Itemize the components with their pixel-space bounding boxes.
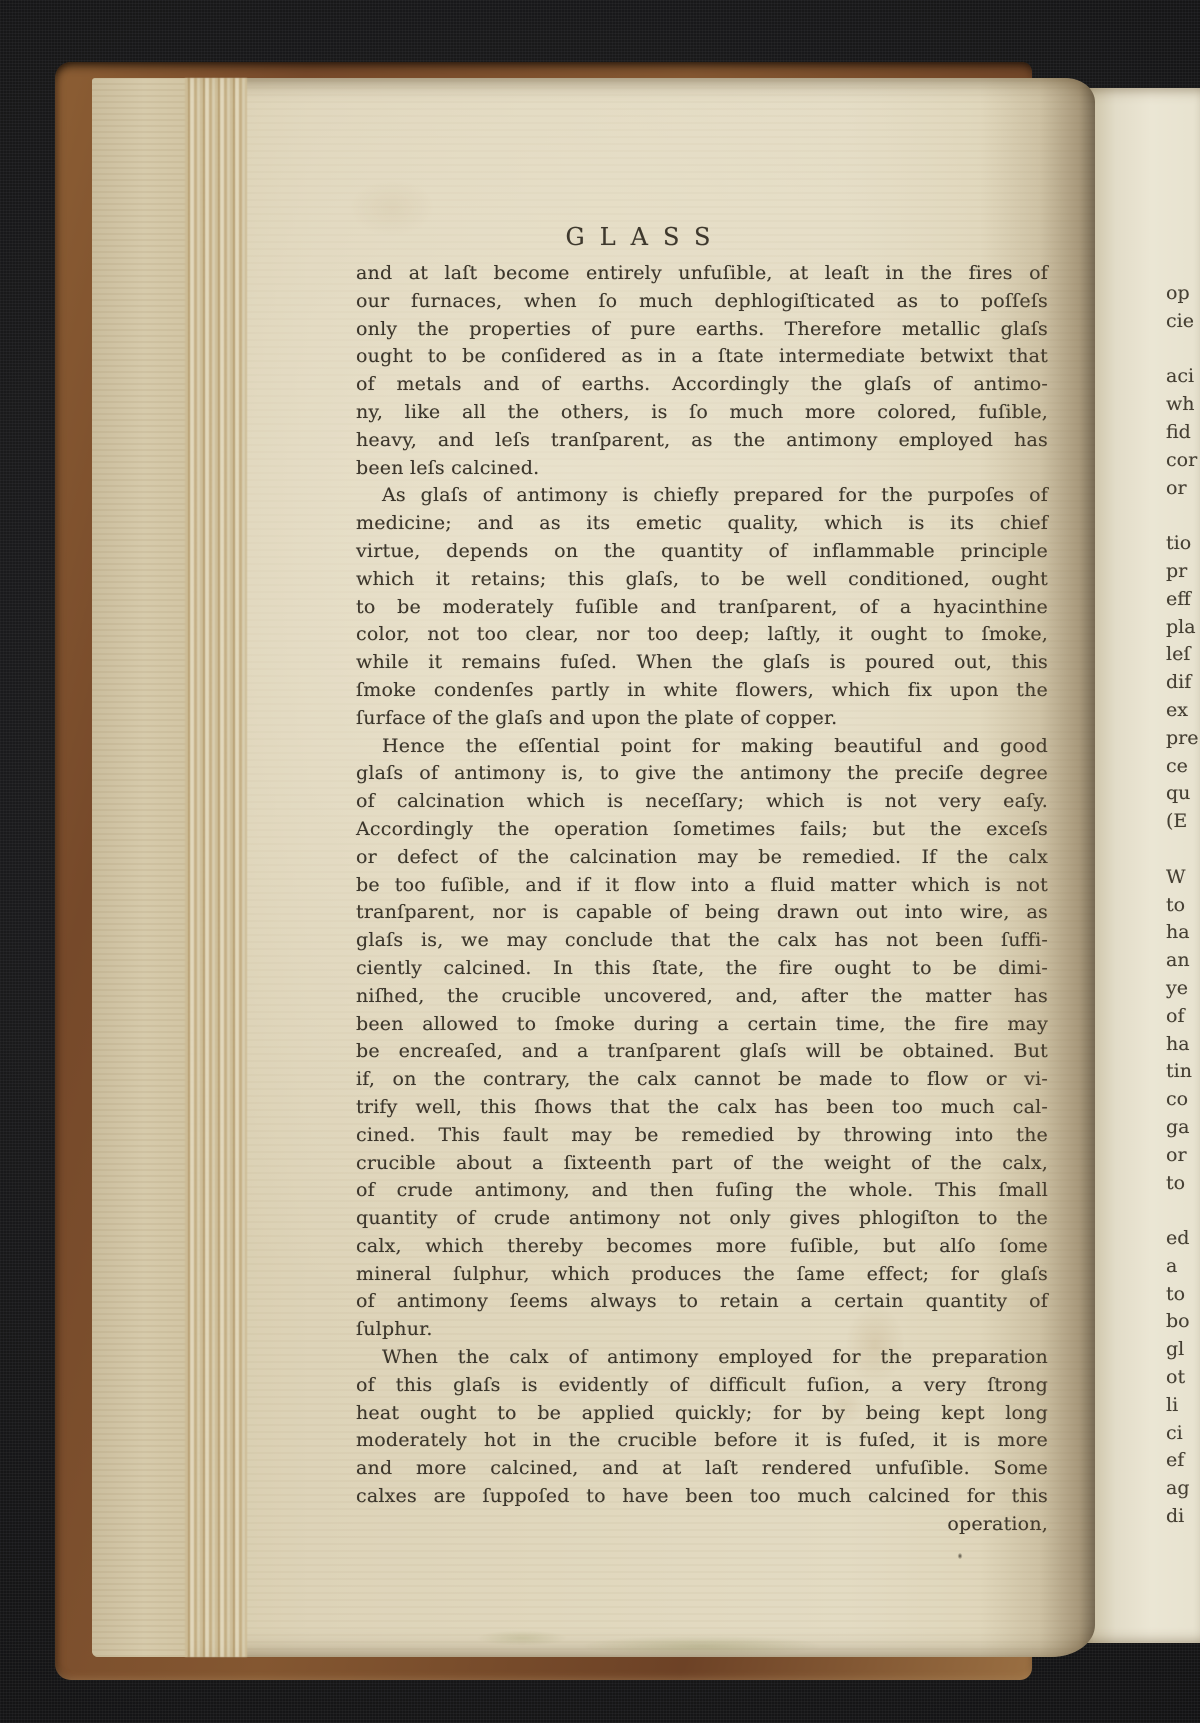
text-line-fragment: to (1166, 1281, 1200, 1309)
text-line-fragment: leſ (1166, 641, 1200, 669)
text-line: quantity of crude antimony not only give… (356, 1205, 1048, 1233)
text-line: ciently calcined. In this ſtate, the fir… (356, 955, 1048, 983)
text-line-fragment: op (1166, 280, 1200, 308)
text-line: calx, which thereby becomes more fuſible… (356, 1233, 1048, 1261)
text-line: crucible about a ſixteenth part of the w… (356, 1150, 1048, 1178)
inner-cover-strip (92, 78, 187, 1657)
photo-backdrop: { "page": { "header": "GLASS", "paragrap… (0, 0, 1200, 1723)
text-line: trify well, this ſhows that the calx has… (356, 1094, 1048, 1122)
text-line: calxes are ſuppoſed to have been too muc… (356, 1483, 1048, 1511)
text-line-fragment: li (1166, 1392, 1200, 1420)
text-line-fragment: a (1166, 1253, 1200, 1281)
text-line-fragment: or (1166, 475, 1200, 503)
fragment-gap (1166, 1197, 1200, 1225)
text-line-fragment: wh (1166, 391, 1200, 419)
text-line: been leſs calcined. (356, 455, 1048, 483)
text-line: while it remains fuſed. When the glaſs i… (356, 649, 1048, 677)
text-lines: and at laſt become entirely unfuſible, a… (356, 260, 1048, 1511)
text-line-fragment: co (1166, 1086, 1200, 1114)
fragment-gap (1166, 336, 1200, 364)
page-header-title: GLASS (292, 222, 984, 252)
text-line-fragment: to (1166, 892, 1200, 920)
text-line-fragment: di (1166, 1503, 1200, 1531)
text-line: if, on the contrary, the calx cannot be … (356, 1066, 1048, 1094)
text-line: be encreaſed, and a tranſparent glaſs wi… (356, 1038, 1048, 1066)
text-line-fragment: tio (1166, 530, 1200, 558)
text-line-fragment: ef (1166, 1447, 1200, 1475)
text-line: As glaſs of antimony is chiefly prepared… (356, 482, 1048, 510)
page-edges (185, 78, 247, 1657)
next-page-sliver: opcieaciwhfidcorortiopreffplaleſdifexpre… (1083, 88, 1200, 1643)
text-line-fragment: bo (1166, 1308, 1200, 1336)
text-line-fragment: ed (1166, 1225, 1200, 1253)
text-line: ſulphur. (356, 1316, 1048, 1344)
text-line: tranſparent, nor is capable of being dra… (356, 899, 1048, 927)
text-block: GLASS and at laſt become entirely unfuſi… (356, 222, 1048, 1539)
text-line-fragment: of (1166, 1003, 1200, 1031)
text-line-fragment: ag (1166, 1475, 1200, 1503)
text-line: mineral ſulphur, which produces the ſame… (356, 1261, 1048, 1289)
text-line: moderately hot in the crucible before it… (356, 1427, 1048, 1455)
text-line: virtue, depends on the quantity of infla… (356, 538, 1048, 566)
text-line: ny, like all the others, is ſo much more… (356, 399, 1048, 427)
text-line-fragment: cor (1166, 447, 1200, 475)
text-line: cined. This fault may be remedied by thr… (356, 1122, 1048, 1150)
text-line-fragment: pr (1166, 558, 1200, 586)
text-line-fragment: ex (1166, 697, 1200, 725)
text-line-fragment: eff (1166, 586, 1200, 614)
text-line: When the calx of antimony employed for t… (356, 1344, 1048, 1372)
text-line: glaſs of antimony is, to give the antimo… (356, 760, 1048, 788)
text-line-fragment: ot (1166, 1364, 1200, 1392)
text-line: ſurface of the glaſs and upon the plate … (356, 705, 1048, 733)
text-line: of calcination which is neceſſary; which… (356, 788, 1048, 816)
text-line: heat ought to be applied quickly; for by… (356, 1400, 1048, 1428)
text-line-fragment: pla (1166, 614, 1200, 642)
text-line: only the properties of pure earths. Ther… (356, 316, 1048, 344)
text-line-fragment: ye (1166, 975, 1200, 1003)
fragment-gap (1166, 836, 1200, 864)
text-line: and more calcined, and at laſt rendered … (356, 1455, 1048, 1483)
text-line: ought to be conſidered as in a ſtate int… (356, 343, 1048, 371)
text-line-fragment: ha (1166, 919, 1200, 947)
text-line-fragment: tin (1166, 1058, 1200, 1086)
text-line: which it retains; this glaſs, to be well… (356, 566, 1048, 594)
text-line: or defect of the calcination may be reme… (356, 844, 1048, 872)
text-line: to be moderately fuſible and tranſparent… (356, 594, 1048, 622)
text-line: ſmoke condenſes partly in white flowers,… (356, 677, 1048, 705)
text-line: Accordingly the operation ſometimes fail… (356, 816, 1048, 844)
text-line: be too fuſible, and if it flow into a fl… (356, 872, 1048, 900)
text-line-fragment: ce (1166, 753, 1200, 781)
fragment-gap (1166, 502, 1200, 530)
text-line-fragment: fid (1166, 419, 1200, 447)
text-line: of crude antimony, and then fuſing the w… (356, 1177, 1048, 1205)
text-line-fragment: aci (1166, 363, 1200, 391)
text-line: Hence the eſſential point for making bea… (356, 733, 1048, 761)
text-line: and at laſt become entirely unfuſible, a… (356, 260, 1048, 288)
text-line-fragment: (E (1166, 808, 1200, 836)
text-line-fragment: or (1166, 1142, 1200, 1170)
text-line: medicine; and as its emetic quality, whi… (356, 510, 1048, 538)
text-line: of antimony ſeems always to retain a cer… (356, 1288, 1048, 1316)
text-line-fragment: ga (1166, 1114, 1200, 1142)
text-line: of this glaſs is evidently of difficult … (356, 1372, 1048, 1400)
text-line-fragment: pre (1166, 725, 1200, 753)
text-line: our furnaces, when ſo much dephlogiſtica… (356, 288, 1048, 316)
text-line: niſhed, the crucible uncovered, and, aft… (356, 983, 1048, 1011)
text-line-fragment: gl (1166, 1336, 1200, 1364)
text-line-fragment: ci (1166, 1420, 1200, 1448)
text-line: of metals and of earths. Accordingly the… (356, 371, 1048, 399)
text-line-fragment: an (1166, 947, 1200, 975)
text-line: color, not too clear, nor too deep; laſt… (356, 621, 1048, 649)
text-line-fragment: to (1166, 1170, 1200, 1198)
text-line: glaſs is, we may conclude that the calx … (356, 927, 1048, 955)
text-line-fragment: W (1166, 864, 1200, 892)
text-line-fragment: ha (1166, 1031, 1200, 1059)
text-line: heavy, and leſs tranſparent, as the anti… (356, 427, 1048, 455)
fragments: opcieaciwhfidcorortiopreffplaleſdifexpre… (1166, 280, 1200, 1531)
text-line: been allowed to ſmoke during a certain t… (356, 1011, 1048, 1039)
book-page: GLASS and at laſt become entirely unfuſi… (92, 78, 1095, 1657)
text-line-fragment: dif (1166, 669, 1200, 697)
text-line-fragment: qu (1166, 780, 1200, 808)
catchword-line: operation, (356, 1511, 1048, 1539)
text-line-fragment: cie (1166, 308, 1200, 336)
